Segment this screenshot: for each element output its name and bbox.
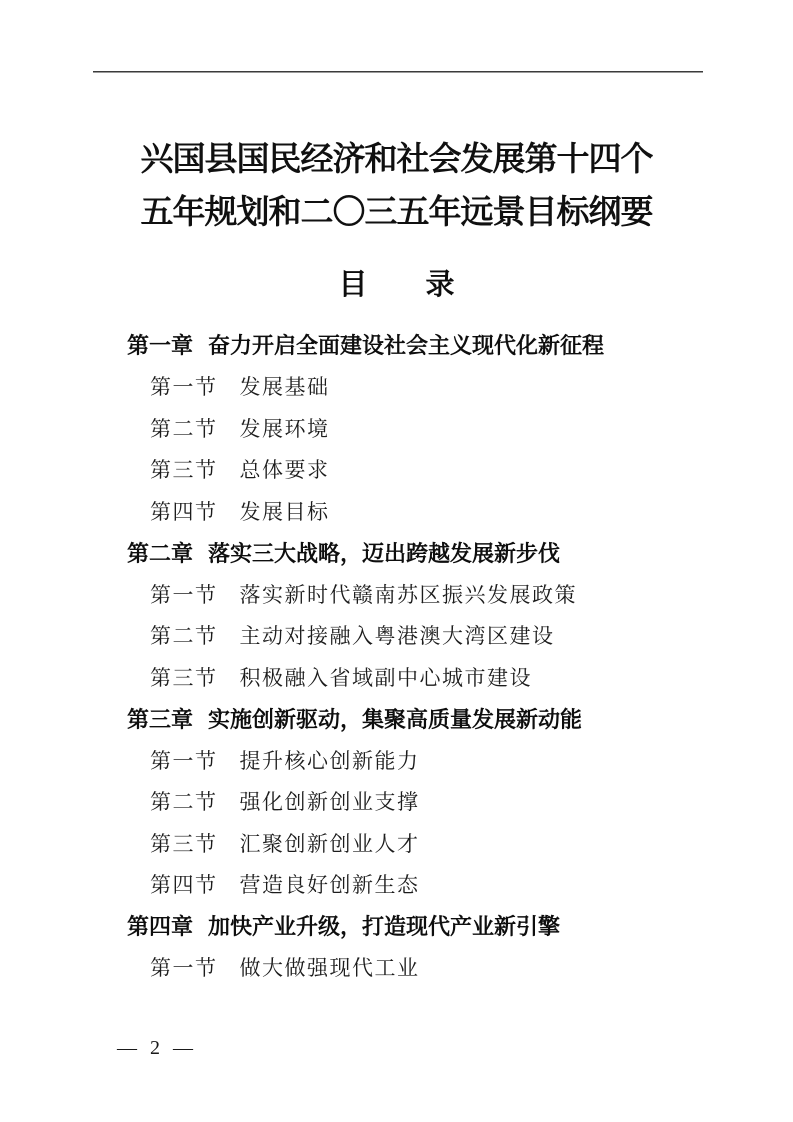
toc-entry-number: 第一节	[150, 579, 218, 609]
toc-entry-title: 奋力开启全面建设社会主义现代化新征程	[208, 329, 604, 360]
toc-entry-title: 总体要求	[240, 454, 330, 484]
toc-entry-title: 发展环境	[240, 413, 330, 443]
page-number: — 2 —	[117, 1037, 197, 1060]
toc-entry-number: 第四节	[150, 496, 218, 526]
toc-entry-number: 第二章	[127, 537, 193, 568]
toc-section-row: 第三节 总体要求	[0, 449, 793, 491]
toc-entry-title: 发展目标	[240, 496, 330, 526]
toc-list: 第一章 奋力开启全面建设社会主义现代化新征程 第一节 发展基础 第二节 发展环境…	[0, 324, 793, 988]
toc-heading: 目 录	[0, 262, 793, 303]
toc-entry-number: 第二节	[150, 413, 218, 443]
toc-entry-title: 营造良好创新生态	[240, 869, 420, 899]
toc-entry-title: 提升核心创新能力	[240, 745, 420, 775]
toc-section-row: 第一节 落实新时代赣南苏区振兴发展政策	[0, 573, 793, 615]
toc-entry-number: 第一节	[150, 745, 218, 775]
toc-entry-title: 实施创新驱动，集聚高质量发展新动能	[208, 703, 582, 734]
toc-chapter-row: 第三章 实施创新驱动，集聚高质量发展新动能	[0, 698, 793, 740]
toc-section-row: 第三节 汇聚创新创业人才	[0, 822, 793, 864]
toc-entry-number: 第一节	[150, 371, 218, 401]
toc-entry-title: 加快产业升级，打造现代产业新引擎	[208, 910, 560, 941]
toc-entry-number: 第一章	[127, 329, 193, 360]
header-rule	[93, 71, 703, 73]
toc-entry-title: 落实三大战略，迈出跨越发展新步伐	[208, 537, 560, 568]
toc-section-row: 第三节 积极融入省域副中心城市建设	[0, 656, 793, 698]
toc-section-row: 第四节 发展目标	[0, 490, 793, 532]
toc-entry-number: 第四节	[150, 869, 218, 899]
toc-section-row: 第一节 发展基础	[0, 366, 793, 408]
toc-entry-number: 第四章	[127, 910, 193, 941]
toc-entry-title: 强化创新创业支撑	[240, 786, 420, 816]
toc-entry-number: 第一节	[150, 952, 218, 982]
toc-entry-number: 第三节	[150, 828, 218, 858]
toc-chapter-row: 第四章 加快产业升级，打造现代产业新引擎	[0, 905, 793, 947]
toc-section-row: 第一节 提升核心创新能力	[0, 739, 793, 781]
toc-entry-title: 做大做强现代工业	[240, 952, 420, 982]
toc-entry-title: 落实新时代赣南苏区振兴发展政策	[240, 579, 578, 609]
toc-chapter-row: 第二章 落实三大战略，迈出跨越发展新步伐	[0, 532, 793, 574]
document-page: 兴国县国民经济和社会发展第十四个 五年规划和二〇三五年远景目标纲要 目 录 第一…	[0, 0, 793, 1122]
document-title: 兴国县国民经济和社会发展第十四个 五年规划和二〇三五年远景目标纲要	[0, 134, 793, 240]
toc-section-row: 第二节 强化创新创业支撑	[0, 781, 793, 823]
toc-section-row: 第一节 做大做强现代工业	[0, 947, 793, 989]
toc-entry-number: 第三节	[150, 662, 218, 692]
toc-section-row: 第四节 营造良好创新生态	[0, 864, 793, 906]
toc-entry-title: 汇聚创新创业人才	[240, 828, 420, 858]
toc-section-row: 第二节 主动对接融入粤港澳大湾区建设	[0, 615, 793, 657]
toc-entry-number: 第二节	[150, 620, 218, 650]
toc-entry-number: 第三节	[150, 454, 218, 484]
toc-chapter-row: 第一章 奋力开启全面建设社会主义现代化新征程	[0, 324, 793, 366]
title-line-2: 五年规划和二〇三五年远景目标纲要	[0, 187, 793, 240]
toc-section-row: 第二节 发展环境	[0, 407, 793, 449]
toc-entry-number: 第二节	[150, 786, 218, 816]
title-line-1: 兴国县国民经济和社会发展第十四个	[0, 134, 793, 187]
toc-entry-title: 发展基础	[240, 371, 330, 401]
toc-entry-number: 第三章	[127, 703, 193, 734]
toc-entry-title: 主动对接融入粤港澳大湾区建设	[240, 620, 555, 650]
toc-entry-title: 积极融入省域副中心城市建设	[240, 662, 533, 692]
